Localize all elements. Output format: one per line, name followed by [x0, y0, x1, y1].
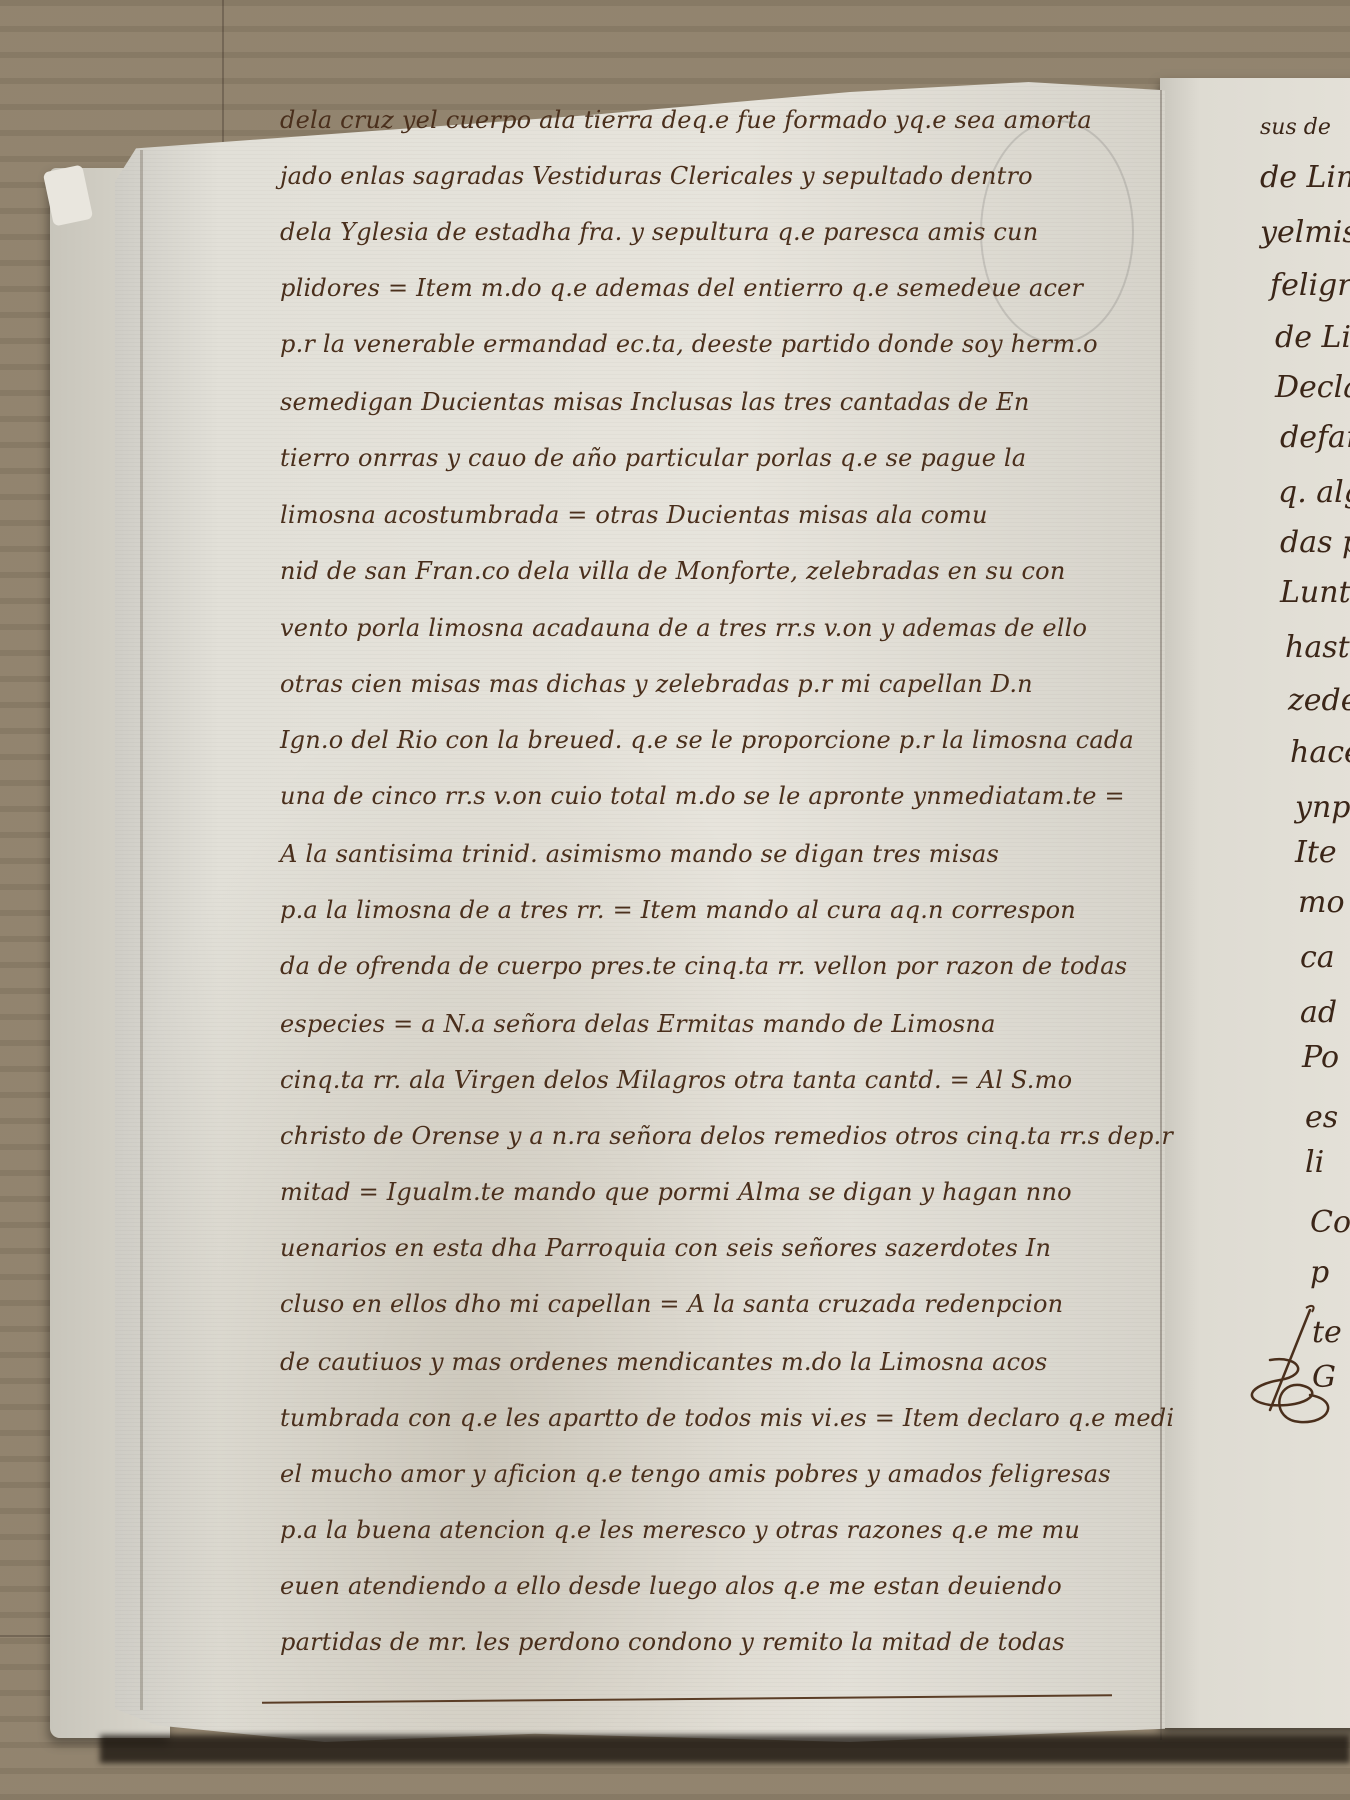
text-line: p.r la venerable ermandad ec.ta, deeste … [280, 332, 1098, 356]
page-shadow [100, 1735, 1350, 1763]
text-line: tumbrada con q.e les apartto de todos mi… [280, 1406, 1174, 1430]
page-fold [140, 150, 143, 1710]
text-line: dela cruz yel cuerpo ala tierra deq.e fu… [280, 108, 1092, 132]
text-fragment: feligr [1270, 268, 1350, 303]
text-line: de cautiuos y mas ordenes mendicantes m.… [280, 1350, 1047, 1374]
text-line: semedigan Ducientas misas Inclusas las t… [280, 390, 1029, 414]
text-fragment: de Lim [1260, 160, 1350, 195]
text-line: otras cien misas mas dichas y zelebradas… [280, 672, 1033, 696]
text-fragment: hasta [1285, 630, 1350, 665]
text-line: mitad = Igualm.te mando que pormi Alma s… [280, 1180, 1072, 1204]
text-fragment: p [1310, 1255, 1329, 1290]
text-line: nid de san Fran.co dela villa de Monfort… [280, 559, 1066, 583]
text-line: A la santisima trinid. asimismo mando se… [280, 842, 999, 866]
text-fragment: ca [1300, 940, 1335, 975]
text-line: euen atendiendo a ello desde luego alos … [280, 1574, 1062, 1598]
text-line: jado enlas sagradas Vestiduras Clericale… [280, 164, 1033, 188]
text-fragment: zede [1288, 683, 1350, 718]
text-fragment: Ite [1295, 835, 1337, 870]
text-line: uenarios en esta dha Parroquia con seis … [280, 1236, 1051, 1260]
text-line: cluso en ellos dho mi capellan = A la sa… [280, 1292, 1063, 1316]
text-line: limosna acostumbrada = otras Ducientas m… [280, 503, 988, 527]
text-line: partidas de mr. les perdono condono y re… [280, 1630, 1065, 1654]
text-fragment: Co [1310, 1205, 1350, 1240]
rubric-signature-flourish [1240, 1300, 1350, 1440]
text-line: cinq.ta rr. ala Virgen delos Milagros ot… [280, 1068, 1072, 1092]
text-fragment: q. alg [1278, 475, 1350, 510]
text-fragment: Po [1302, 1040, 1339, 1075]
text-line: una de cinco rr.s v.on cuio total m.do s… [280, 784, 1125, 808]
text-fragment: hace [1290, 735, 1350, 770]
text-fragment: yelmis [1260, 215, 1350, 250]
facing-page-text: sus de de Lim yelmis feligr de Lin Decla… [1160, 0, 1350, 1800]
text-line: Ign.o del Rio con la breued. q.e se le p… [280, 728, 1134, 752]
text-fragment: ynp [1295, 790, 1350, 825]
text-line: p.a la buena atencion q.e les meresco y … [280, 1518, 1080, 1542]
text-fragment: Decla [1275, 370, 1350, 405]
text-fragment: Lunta [1280, 575, 1350, 610]
text-line: dela Yglesia de estadha fra. y sepultura… [280, 220, 1038, 244]
text-fragment: mo [1298, 885, 1345, 920]
text-fragment: es [1305, 1100, 1338, 1135]
text-fragment: defar [1280, 420, 1350, 455]
text-fragment: de Lin [1275, 320, 1350, 355]
text-line: el mucho amor y aficion q.e tengo amis p… [280, 1462, 1111, 1486]
text-fragment: sus de [1260, 115, 1331, 140]
text-line: p.a la limosna de a tres rr. = Item mand… [280, 898, 1076, 922]
text-line: vento porla limosna acadauna de a tres r… [280, 616, 1087, 640]
text-line: especies = a N.a señora delas Ermitas ma… [280, 1012, 996, 1036]
text-line: da de ofrenda de cuerpo pres.te cinq.ta … [280, 954, 1127, 978]
text-line: tierro onrras y cauo de año particular p… [280, 446, 1026, 470]
text-fragment: ad [1300, 995, 1337, 1030]
text-line: christo de Orense y a n.ra señora delos … [280, 1124, 1173, 1148]
text-line: plidores = Item m.do q.e ademas del enti… [280, 276, 1083, 300]
text-fragment: li [1305, 1145, 1324, 1180]
text-fragment: das p [1280, 525, 1350, 560]
